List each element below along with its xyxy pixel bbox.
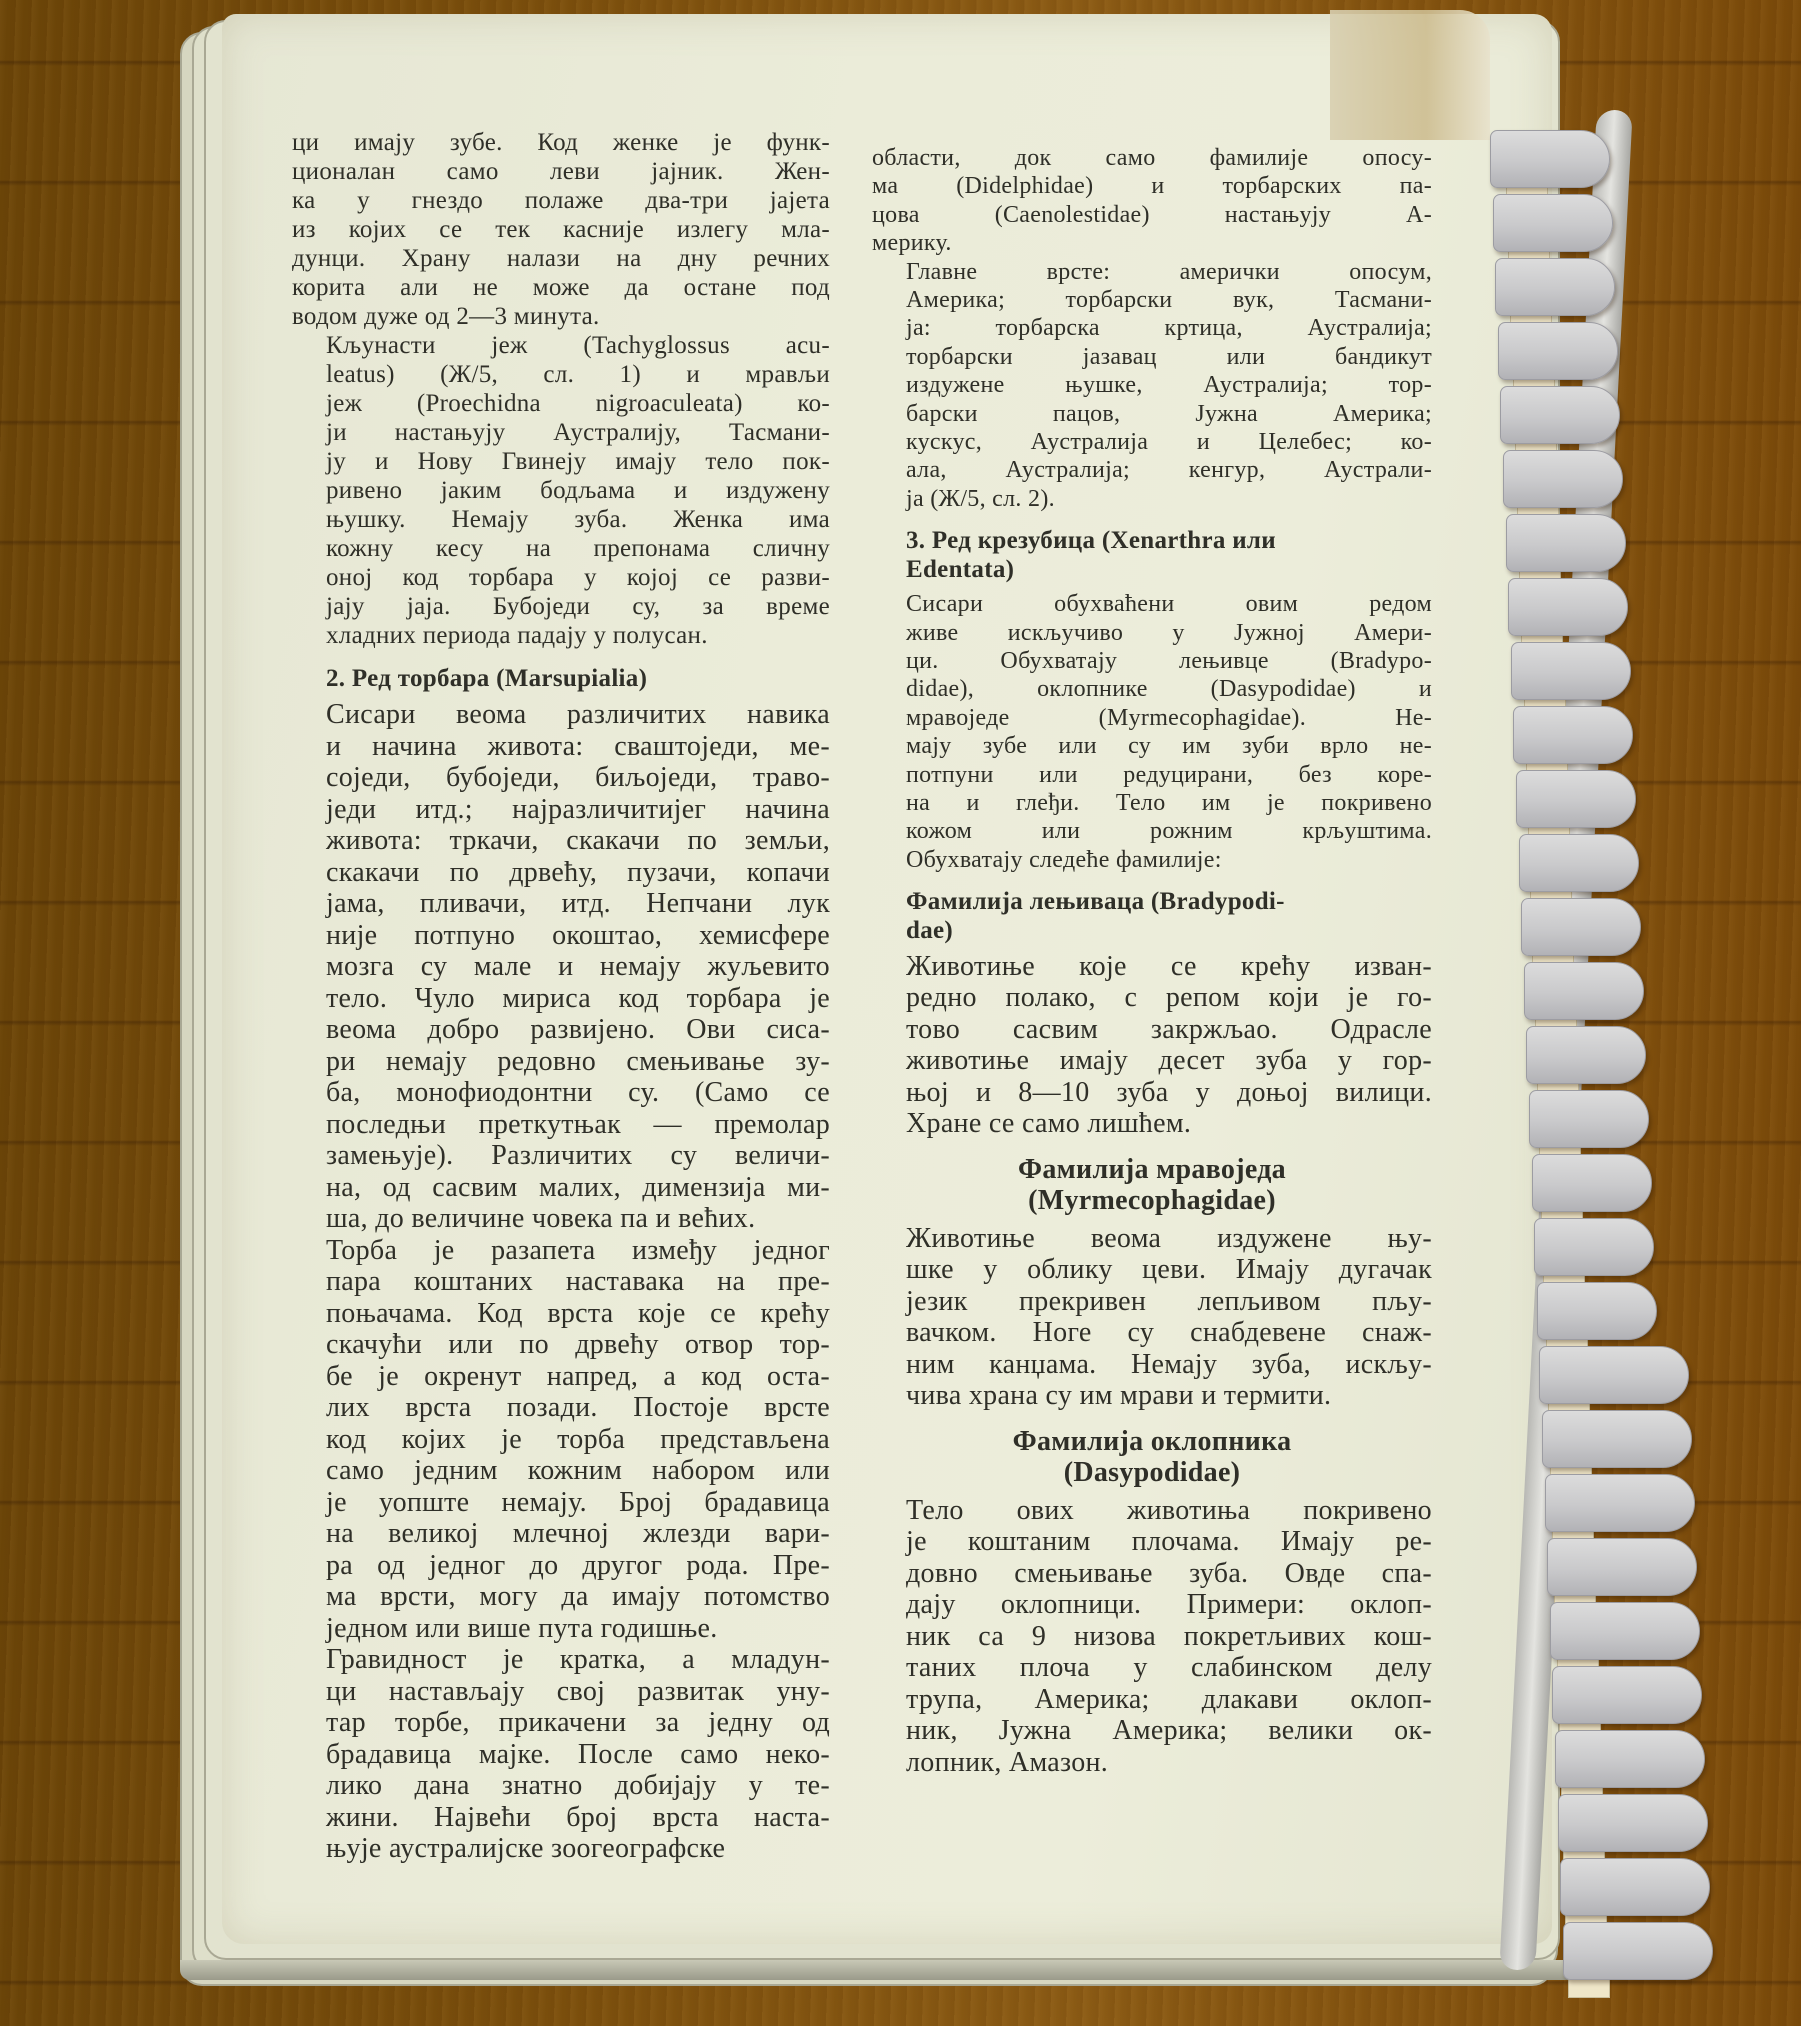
text-line: лопник, Амазон. [872,1747,1432,1779]
text-line: ци настављају свој развитак уну- [292,1676,830,1708]
text-line: ба, монофиодонтни су. (Само се [292,1077,830,1109]
section-heading: Фамилија оклопника(Dasypodidae) [872,1426,1432,1489]
binding-coil [1542,1410,1692,1468]
text-line: мају зубе или су им зуби врло не- [872,732,1432,760]
text-line: и начина живота: сваштоједи, ме- [292,731,830,763]
binding-coil [1526,1026,1646,1084]
text-line: скакачи по дрвећу, пузачи, копачи [292,857,830,889]
text-line: њује аустралијске зоогеографске [292,1833,830,1865]
text-line: Америка; торбарски вук, Тасмани- [872,286,1432,314]
text-line: оној код торбара у којој се разви- [292,563,830,592]
text-line: брадавица мајке. После само неко- [292,1739,830,1771]
text-line: Торба је разапета између једног [292,1235,830,1267]
text-line: 3. Ред крезубица (Xenarthra или [906,527,1432,555]
text-line: шке у облику цеви. Имају дугачак [872,1254,1432,1286]
paragraph: Кљунасти јеж (Tachyglossus acu-leatus) (… [292,331,830,650]
binding-coil [1524,962,1644,1020]
text-line: (Dasypodidae) [872,1457,1432,1489]
text-line: је коштаним плочама. Имају ре- [872,1526,1432,1558]
text-line: ник, Јужна Америка; велики ок- [872,1715,1432,1747]
binding-coil [1537,1282,1657,1340]
text-line: ци. Обухватају лењивце (Bradypo- [872,647,1432,675]
text-line: ционалан само леви јајник. Жен- [292,157,830,186]
text-line: области, док само фамилије опосу- [872,144,1432,172]
text-line: ма (Didelphidae) и торбарских па- [872,172,1432,200]
text-line: живота: тркачи, скакачи по земљи, [292,825,830,857]
text-line: ривено јаким бодљама и издужену [292,476,830,505]
binding-coil [1508,578,1628,636]
text-line: редно полако, с репом који је го- [872,982,1432,1014]
text-line: 2. Ред торбара (Marsupialia) [326,664,830,693]
text-line: Фамилија лењиваца (Bradypodi- [906,888,1432,916]
text-line: поњачама. Код врста које се крећу [292,1298,830,1330]
text-line: код којих је торба представљена [292,1424,830,1456]
section-heading: 3. Ред крезубица (Xenarthra илиEdentata) [906,527,1432,584]
text-line: барски пацов, Јужна Америка; [872,400,1432,428]
binding-coil [1511,642,1631,700]
text-line: кожом или рожним крљуштима. [872,817,1432,845]
binding-coil [1563,1922,1713,1980]
text-line: једном или више пута годишње. [292,1613,830,1645]
text-line: Хране се само лишћем. [872,1108,1432,1140]
text-line: кускус, Аустралија и Целебес; ко- [872,428,1432,456]
book-cover-edge [180,1960,1600,1980]
text-line: само једним кожним набором или [292,1455,830,1487]
text-line: јају јаја. Бубоједи су, за време [292,592,830,621]
text-line: ју и Нову Гвинеју имају тело пок- [292,447,830,476]
text-line: ник са 9 низова покретљивих кош- [872,1621,1432,1653]
text-line: издужене њушке, Аустралија; тор- [872,371,1432,399]
text-line: њушку. Немају зуба. Женка има [292,505,830,534]
text-line: последњи преткутњак — премолар [292,1109,830,1141]
text-line: Фамилија мравоједа [872,1154,1432,1186]
text-line: је уопште немају. Број брадавица [292,1487,830,1519]
text-line: јама, пливачи, итд. Непчани лук [292,888,830,920]
text-line: на великој млечној жлезди вари- [292,1518,830,1550]
text-line: једи итд.; најразличитијег начина [292,794,830,826]
text-column-right: области, док само фамилије опосу-ма (Did… [872,144,1432,1778]
paragraph: Главне врсте: амерички опосум,Америка; т… [872,258,1432,514]
binding-coil [1516,770,1636,828]
binding-coil [1560,1858,1710,1916]
text-line: хладних периода падају у полусан. [292,621,830,650]
text-line: Сисари веома различитих навика [292,699,830,731]
binding-coil [1506,514,1626,572]
text-line: корита али не може да остане под [292,273,830,302]
binding-coil [1495,258,1615,316]
text-line: ша, до величине човека па и већих. [292,1203,830,1235]
text-line: кожну кесу на препонама сличну [292,534,830,563]
text-line: цова (Caenolestidae) настањују А- [872,201,1432,229]
binding-coil [1521,898,1641,956]
text-line: ка у гнездо полаже два-три јајета [292,186,830,215]
text-line: довно смењивање зуба. Овде спа- [872,1558,1432,1590]
text-line: Edentata) [906,556,1432,584]
binding-coil [1500,386,1620,444]
text-line: Фамилија оклопника [872,1426,1432,1458]
section-heading: Фамилија лењиваца (Bradypodi-dae) [906,888,1432,945]
binding-coil [1493,194,1613,252]
text-line: didae), оклопнике (Dasypodidae) и [872,675,1432,703]
text-line: тело. Чуло мириса код торбара је [292,983,830,1015]
text-line: соједи, бубоједи, биљоједи, траво- [292,762,830,794]
binding-coil [1529,1090,1649,1148]
paragraph: Сисари веома различитих навикаи начина ж… [292,699,830,1235]
text-line: јеж (Proechidna nigroaculeata) ко- [292,389,830,418]
text-line: (Myrmecophagidae) [872,1185,1432,1217]
text-line: чива храна су им мрави и термити. [872,1380,1432,1412]
text-line: дунци. Храну налази на дну речних [292,244,830,273]
paragraph: Сисари обухваћени овим редомживе искључи… [872,590,1432,874]
text-line: потпуни или редуцирани, без коре- [872,761,1432,789]
text-line: Животиње веома издужене њу- [872,1223,1432,1255]
text-line: жини. Највећи број врста наста- [292,1802,830,1834]
text-line: Главне врсте: амерички опосум, [872,258,1432,286]
text-column-left: ци имају зубе. Код женке је функ-ционала… [292,128,830,1865]
text-line: торбарски јазавац или бандикут [872,343,1432,371]
text-line: није потпуно окоштао, хемисфере [292,920,830,952]
tape-tab [1330,10,1490,140]
text-line: тар торбе, прикачени за једну од [292,1707,830,1739]
binding-coil [1555,1730,1705,1788]
text-line: веома добро развијено. Ови сиса- [292,1014,830,1046]
binding-coil [1534,1218,1654,1276]
text-line: Обухватају следеће фамилије: [872,846,1432,874]
text-line: leatus) (Ж/5, сл. 1) и мрављи [292,360,830,389]
text-line: ма врсти, могу да имају потомство [292,1581,830,1613]
text-line: ним канџама. Немају зуба, искљу- [872,1349,1432,1381]
text-line: Тело ових животиња покривено [872,1495,1432,1527]
paragraph: ци имају зубе. Код женке је функ-ционала… [292,128,830,331]
text-line: тово сасвим закржљао. Одрасле [872,1014,1432,1046]
text-line: ји настањују Аустралију, Тасмани- [292,418,830,447]
paragraph: Тело ових животиња покривеноје коштаним … [872,1495,1432,1779]
text-line: вачком. Ноге су снабдевене снаж- [872,1317,1432,1349]
spiral-binding [1470,110,1730,1990]
text-line: њој и 8—10 зуба у доњој вилици. [872,1077,1432,1109]
text-line: на и глеђи. Тело им је покривено [872,789,1432,817]
binding-coil [1532,1154,1652,1212]
text-line: ци имају зубе. Код женке је функ- [292,128,830,157]
text-line: мравоједе (Myrmecophagidae). Не- [872,704,1432,732]
text-line: ја (Ж/5, сл. 2). [872,485,1432,513]
text-line: пара коштаних наставака на пре- [292,1266,830,1298]
text-line: лих врста позади. Постоје врсте [292,1392,830,1424]
paragraph: Животиње веома издужене њу-шке у облику … [872,1223,1432,1412]
binding-coil [1490,130,1610,188]
text-line: скачући или по дрвећу отвор тор- [292,1329,830,1361]
text-line: бе је окренут напред, а код оста- [292,1361,830,1393]
binding-coil [1513,706,1633,764]
binding-coil [1503,450,1623,508]
paragraph: Гравидност је кратка, а младун-ци настав… [292,1644,830,1865]
text-line: ра од једног до другог рода. Пре- [292,1550,830,1582]
text-line: таних плоча у слабинском делу [872,1652,1432,1684]
text-line: водом дуже од 2—3 минута. [292,302,830,331]
binding-coil [1498,322,1618,380]
binding-coil [1519,834,1639,892]
text-line: ја: торбарска кртица, Аустралија; [872,314,1432,342]
text-line: Кљунасти јеж (Tachyglossus acu- [292,331,830,360]
binding-coil [1539,1346,1689,1404]
section-heading: Фамилија мравоједа(Myrmecophagidae) [872,1154,1432,1217]
text-line: из којих се тек касније излегу мла- [292,215,830,244]
text-line: ри немају редовно смењивање зу- [292,1046,830,1078]
text-line: Гравидност је кратка, а младун- [292,1644,830,1676]
binding-coil [1550,1602,1700,1660]
text-line: ала, Аустралија; кенгур, Аустрали- [872,456,1432,484]
text-line: лико дана знатно добијају у те- [292,1770,830,1802]
paragraph: Торба је разапета између једногпара кошт… [292,1235,830,1645]
text-line: замењује). Различитих су величи- [292,1140,830,1172]
binding-coil [1558,1794,1708,1852]
paragraph: Животиње које се крећу изван-редно полак… [872,951,1432,1140]
binding-coil [1547,1538,1697,1596]
text-line: на, од сасвим малих, димензија ми- [292,1172,830,1204]
text-line: језик прекривен лепљивом пљу- [872,1286,1432,1318]
paragraph: области, док само фамилије опосу-ма (Did… [872,144,1432,258]
text-line: мерику. [872,229,1432,257]
section-heading: 2. Ред торбара (Marsupialia) [326,664,830,693]
text-line: дају оклопници. Примери: оклоп- [872,1589,1432,1621]
binding-coil [1545,1474,1695,1532]
text-line: Животиње које се крећу изван- [872,951,1432,983]
text-line: живе искључиво у Јужној Амери- [872,619,1432,647]
text-line: животиње имају десет зуба у гор- [872,1045,1432,1077]
text-line: трупа, Америка; длакави оклоп- [872,1684,1432,1716]
text-line: dae) [906,917,1432,945]
binding-coil [1552,1666,1702,1724]
text-line: Сисари обухваћени овим редом [872,590,1432,618]
text-line: мозга су мале и немају жуљевито [292,951,830,983]
